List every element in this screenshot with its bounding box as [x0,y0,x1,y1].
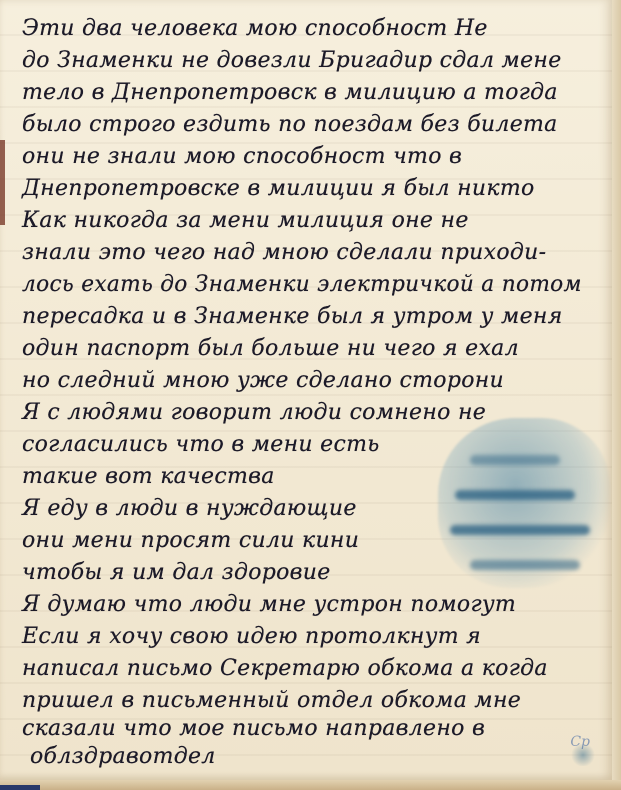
handwritten-line: такие вот качества [22,464,275,489]
handwritten-line: Если я хочу свою идею протолкнут я [22,624,481,649]
handwritten-line: Как никогда за мени милиция оне не [22,208,469,233]
handwritten-line: написал письмо Секретарю обкома а когда [22,656,548,681]
handwritten-line: сказали что мое письмо направлено в [22,716,485,741]
handwritten-line: они не знали мою способност что в [22,144,462,169]
blot-smear [455,490,575,500]
page-edge-bottom [0,780,621,790]
handwritten-line: пришел в письменный отдел обкома мне [22,688,521,713]
cover-edge [0,785,40,790]
handwritten-line: Эти два человека мою способност Не [22,16,488,41]
notebook-page: Эти два человека мою способност Не до Зн… [0,0,612,780]
handwritten-line: пересадка и в Знаменке был я утром у мен… [22,304,563,329]
blot-smear [470,560,580,570]
handwritten-line: знали это чего над мною сделали приходи- [22,240,546,265]
handwritten-line: Я еду в люди в нуждающие [22,496,357,521]
handwritten-line: облздравотдел [30,744,216,769]
binding-stain [0,140,5,225]
handwritten-line: Я с людями говорит люди сомнено не [22,400,486,425]
corner-ink-smudge [570,744,596,766]
handwritten-line: Днепропетровске в милиции я был никто [22,176,535,201]
handwritten-line: согласились что в мени есть [22,432,380,457]
blot-smear [470,455,560,465]
handwritten-line: но следний мною уже сделано сторони [22,368,504,393]
handwritten-line: было строго ездить по поездам без билета [22,112,558,137]
handwritten-line: чтобы я им дал здоровие [22,560,331,585]
handwritten-line: лось ехать до Знаменки электричкой а пот… [22,272,582,297]
blot-smear [450,525,590,535]
handwritten-line: Я думаю что люди мне устрон помогут [22,592,516,617]
handwritten-line: они мени просят сили кини [22,528,359,553]
handwritten-line: тело в Днепропетровск в милицию а тогда [22,80,558,105]
handwritten-line: до Знаменки не довезли Бригадир сдал мен… [22,48,562,73]
page-edge-right [612,0,621,790]
handwritten-line: один паспорт был больше ни чего я ехал [22,336,519,361]
